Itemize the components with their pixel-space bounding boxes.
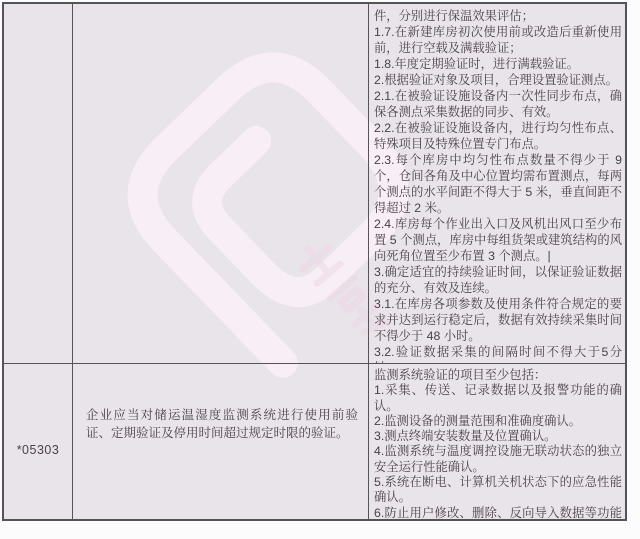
detail-paragraph: 件，分别进行保温效果评估； (374, 8, 622, 24)
cell-code-row2: *05303 (4, 364, 73, 519)
cell-details-row2: 监测系统验证的项目至少包括：1.采集、传送、记录数据以及报警功能的确认。2.监测… (369, 364, 625, 519)
detail-paragraph: 2.2.在被验证设施设备内，进行均匀性布点、特殊项目及特殊位置专门布点。 (374, 120, 622, 152)
detail-paragraph: 3.1.在库房各项参数及使用条件符合规定的要求并达到运行稳定后，数据有效持续采集… (374, 296, 622, 344)
detail-paragraph: 1.7.在新建库房初次使用前或改造后重新使用前，进行空载及满载验证； (374, 24, 622, 56)
cell-code-row1 (4, 4, 73, 364)
detail-paragraph: 1.8.年度定期验证时，进行满载验证。 (374, 56, 622, 72)
detail-paragraph: 2.3.每个库房中均匀性布点数量不得少于 9 个，仓间各角及中心位置均需布置测点… (374, 152, 622, 216)
cell-requirement-row1 (73, 4, 369, 364)
detail-paragraph: 5.系统在断电、计算机关机状态下的应急性能确认。 (374, 475, 622, 506)
detail-paragraph: 1.采集、传送、记录数据以及报警功能的确认。 (374, 383, 622, 414)
detail-paragraph: 4.监测系统与温度调控设施无联动状态的独立安全运行性能确认。 (374, 444, 622, 475)
code-label: *05303 (17, 443, 60, 457)
detail-paragraph: 2.4.库房每个作业出入口及风机出风口至少布置 5 个测点，库房中每组货架或建筑… (374, 216, 622, 264)
requirement-text: 企业应当对储运温湿度监测系统进行使用前验证、定期验证及停用时间超过规定时限的验证… (86, 408, 358, 440)
detail-paragraph: 2.监测设备的测量范围和准确度确认。 (374, 414, 622, 429)
detail-paragraph: 监测系统验证的项目至少包括： (374, 368, 622, 383)
detail-paragraph: 6.防止用户修改、删除、反向导入数据等功能确认。 (374, 506, 622, 519)
detail-paragraph: 3.确定适宜的持续验证时间，以保证验证数据的充分、有效及连续。 (374, 264, 622, 296)
detail-paragraph: 3.2.验证数据采集的间隔时间不得大于5分钟。 (374, 344, 622, 364)
cell-requirement-row2: 企业应当对储运温湿度监测系统进行使用前验证、定期验证及停用时间超过规定时限的验证… (73, 364, 369, 519)
detail-paragraph: 3.测点终端安装数量及位置确认。 (374, 429, 622, 444)
detail-paragraph: 2.1.在被验证设施设备内一次性同步布点，确保各测点采集数据的同步、有效。 (374, 88, 622, 120)
detail-paragraph: 2.根据验证对象及项目，合理设置验证测点。 (374, 72, 622, 88)
regulation-table: 件，分别进行保温效果评估；1.7.在新建库房初次使用前或改造后重新使用前，进行空… (2, 2, 627, 521)
cell-details-row1: 件，分别进行保温效果评估；1.7.在新建库房初次使用前或改造后重新使用前，进行空… (369, 4, 625, 364)
